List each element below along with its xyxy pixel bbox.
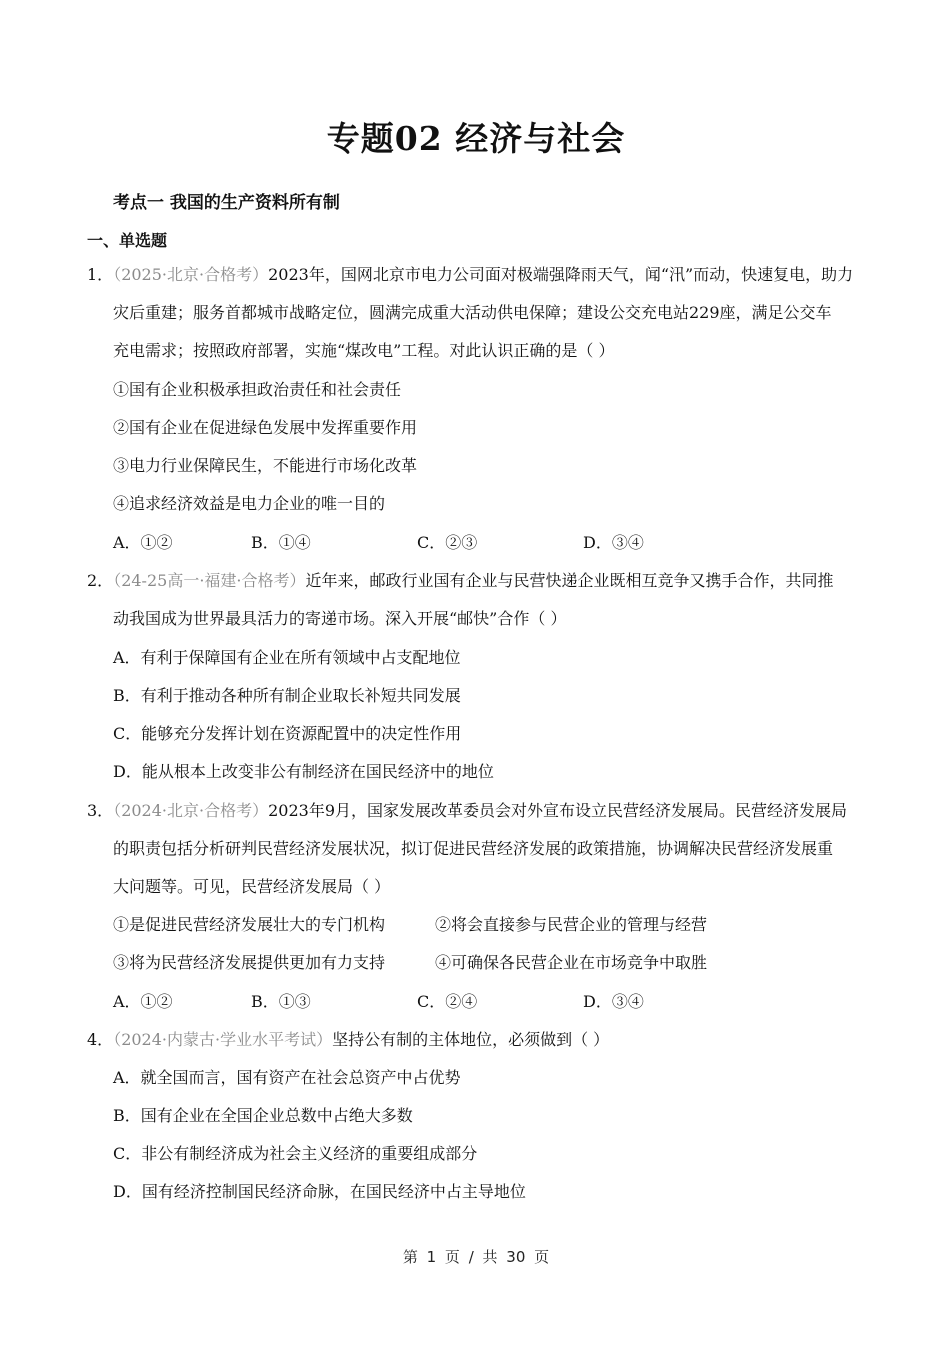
question-source: （24-25高一·福建·合格考） — [113, 571, 305, 590]
option-a: A．就全国而言，国有资产在社会总资产中占优势 — [113, 1067, 461, 1089]
question-source: （2025·北京·合格考） — [113, 265, 268, 284]
page-footer: 第 1 页 / 共 30 页 — [0, 1246, 952, 1267]
document-page: 专题02 经济与社会 考点一 我国的生产资料所有制 一、单选题 1．（2025·… — [0, 0, 952, 1347]
option-b: B．国有企业在全国企业总数中占绝大多数 — [113, 1105, 413, 1127]
option-d: D．③④ — [583, 532, 644, 554]
question-number: 2． — [87, 571, 113, 590]
question-2-line-2: 动我国成为世界最具活力的寄递市场。深入开展“邮快”合作（ ） — [113, 608, 566, 630]
question-1-line-1: 1．（2025·北京·合格考）2023年，国网北京市电力公司面对极端强降雨天气，… — [87, 264, 853, 286]
option-d: D．能从根本上改变非公有制经济在国民经济中的地位 — [113, 761, 494, 783]
question-source: （2024·北京·合格考） — [113, 801, 268, 820]
statement: ③电力行业保障民生，不能进行市场化改革 — [113, 455, 417, 477]
statement: ②国有企业在促进绿色发展中发挥重要作用 — [113, 417, 417, 439]
statement: ②将会直接参与民营企业的管理与经营 — [435, 914, 707, 936]
option-c: C．②③ — [417, 532, 477, 554]
question-3-line-3: 大问题等。可见，民营经济发展局（ ） — [113, 876, 390, 898]
section-heading: 考点一 我国的生产资料所有制 — [113, 188, 340, 213]
option-d: D．国有经济控制国民经济命脉，在国民经济中占主导地位 — [113, 1181, 526, 1203]
option-b: B．有利于推动各种所有制企业取长补短共同发展 — [113, 685, 461, 707]
page-title: 专题02 经济与社会 — [0, 113, 952, 160]
question-type-heading: 一、单选题 — [87, 228, 167, 251]
statement: ③将为民营经济发展提供更加有力支持 — [113, 952, 385, 974]
statement: ①国有企业积极承担政治责任和社会责任 — [113, 379, 401, 401]
question-number: 4． — [87, 1030, 113, 1049]
option-c: C．②④ — [417, 991, 477, 1013]
option-a: A．①② — [113, 991, 173, 1013]
option-a: A．有利于保障国有企业在所有领域中占支配地位 — [113, 647, 461, 669]
option-a: A．①② — [113, 532, 173, 554]
option-c: C．非公有制经济成为社会主义经济的重要组成部分 — [113, 1143, 477, 1165]
question-1-line-2: 灾后重建；服务首都城市战略定位，圆满完成重大活动供电保障；建设公交充电站229座… — [113, 302, 832, 324]
question-1-line-3: 充电需求；按照政府部署，实施“煤改电”工程。对此认识正确的是（ ） — [113, 340, 614, 362]
question-number: 1． — [87, 265, 113, 284]
question-4-line-1: 4．（2024·内蒙古·学业水平考试）坚持公有制的主体地位，必须做到（ ） — [87, 1029, 609, 1051]
question-number: 3． — [87, 801, 113, 820]
option-d: D．③④ — [583, 991, 644, 1013]
statement: ①是促进民营经济发展壮大的专门机构 — [113, 914, 385, 936]
question-3-line-2: 的职责包括分析研判民营经济发展状况，拟订促进民营经济发展的政策措施，协调解决民营… — [113, 838, 833, 860]
option-b: B．①③ — [251, 991, 311, 1013]
statement: ④追求经济效益是电力企业的唯一目的 — [113, 493, 385, 515]
statement: ④可确保各民营企业在市场竞争中取胜 — [435, 952, 707, 974]
option-b: B．①④ — [251, 532, 311, 554]
option-c: C．能够充分发挥计划在资源配置中的决定性作用 — [113, 723, 461, 745]
question-source: （2024·内蒙古·学业水平考试） — [113, 1030, 332, 1049]
question-2-line-1: 2．（24-25高一·福建·合格考）近年来，邮政行业国有企业与民营快递企业既相互… — [87, 570, 834, 592]
question-3-line-1: 3．（2024·北京·合格考）2023年9月，国家发展改革委员会对外宣布设立民营… — [87, 800, 847, 822]
